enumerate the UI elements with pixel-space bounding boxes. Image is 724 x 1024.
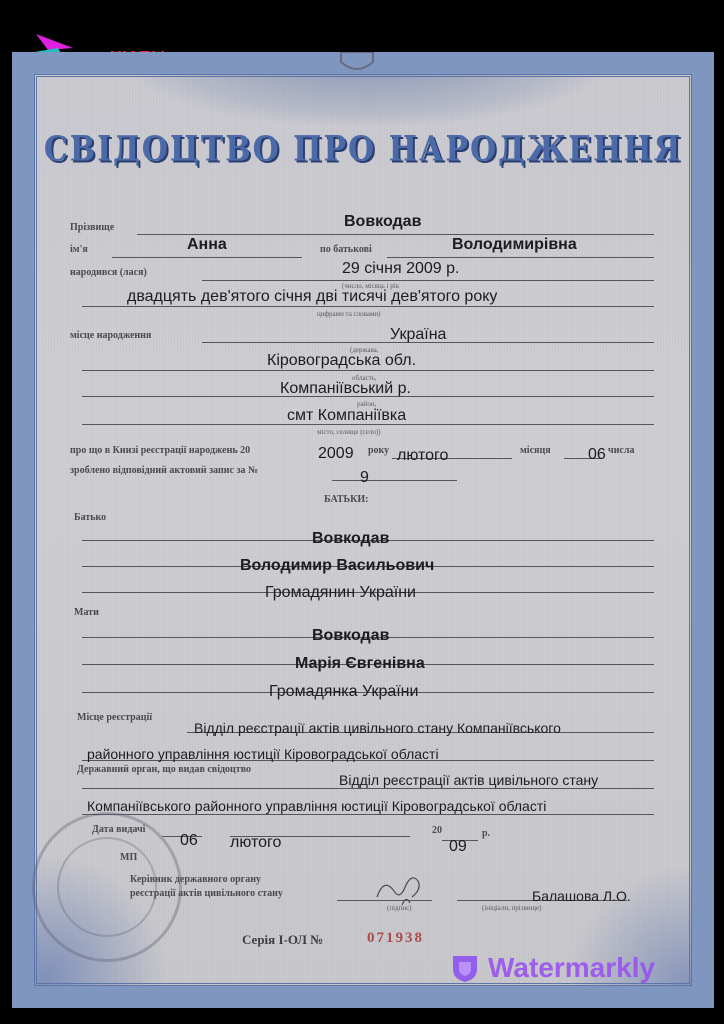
registration-label: про що в Книзі реєстрації народжень 20: [70, 445, 250, 456]
registration-month-label: місяця: [520, 445, 551, 456]
birth-date-words-line: [82, 306, 654, 307]
initials-caption: (ініціали, прізвище): [482, 904, 541, 912]
settlement-value: смт Компаніївка: [287, 407, 406, 425]
mother-name: Марія Євгенівна: [295, 655, 425, 673]
birthplace-label: місце народження: [70, 330, 151, 341]
born-label: народився (лася): [70, 267, 147, 278]
record-label: зроблено відповідний актовий запис за №: [70, 465, 258, 476]
issuer-line1: Відділ реєстрації актів цивільного стану: [339, 772, 598, 788]
head-label-line1: Керівник державного органу: [130, 874, 261, 885]
issue-day: 06: [180, 832, 198, 850]
birth-date-value: 29 січня 2009 р.: [342, 260, 459, 278]
document-title: СВІДОЦТВО ПРО НАРОДЖЕННЯ: [12, 129, 714, 169]
registration-place-line2: районного управління юстиції Кіровоградс…: [87, 746, 439, 762]
issue-year-suffix: р.: [482, 828, 490, 839]
settlement-caption: місто, селище (село)): [317, 428, 381, 436]
mother-citizenship: Громадянка України: [269, 683, 418, 701]
watermark-text: Watermarkly: [488, 952, 655, 984]
record-number: 9: [360, 469, 369, 487]
serial-label: Серія І-ОЛ №: [242, 932, 323, 948]
issue-year: 09: [449, 838, 467, 856]
registration-place-label: Місце реєстрації: [77, 712, 152, 723]
patronymic-label: по батькові: [320, 244, 372, 255]
district-value: Компаніївський р.: [280, 380, 411, 398]
surname-label: Прізвище: [70, 222, 114, 233]
issuer-label: Державний орган, що видав свідоцтво: [77, 764, 251, 775]
name-label: ім'я: [70, 244, 88, 255]
birth-date-words-value: двадцять дев'ятого січня дві тисячі дев'…: [127, 288, 497, 306]
name-line: [112, 257, 302, 258]
signature-caption: (підпис): [387, 904, 412, 912]
head-name: Балашова Л.О.: [532, 888, 631, 904]
issuer-line-1: [82, 788, 654, 789]
region-value: Кіровоградська обл.: [267, 352, 416, 370]
name-value: Анна: [187, 236, 227, 254]
surname-line: [137, 234, 654, 235]
issue-year-prefix: 20: [432, 825, 442, 836]
patronymic-line: [387, 257, 654, 258]
head-label-line2: реєстрації актів цивільного стану: [130, 888, 283, 899]
issuer-line-2: [82, 814, 654, 815]
record-number-line: [332, 480, 457, 481]
birth-certificate: СВІДОЦТВО ПРО НАРОДЖЕННЯ Прізвище Вовкод…: [12, 52, 714, 1008]
surname-value: Вовкодав: [344, 213, 421, 231]
seal-label: МП: [120, 852, 137, 863]
mother-surname: Вовкодав: [312, 627, 389, 645]
parents-heading: БАТЬКИ:: [324, 494, 368, 505]
registration-place-line1: Відділ реєстрації актів цивільного стану…: [194, 720, 561, 736]
mother-label: Мати: [74, 607, 99, 618]
registration-year: 2009: [318, 445, 354, 463]
father-name: Володимир Васильович: [240, 557, 434, 575]
registration-day-label: числа: [608, 445, 634, 456]
serial-number: 071938: [367, 930, 424, 947]
shield-icon: [450, 953, 480, 983]
registration-year-suffix: року: [368, 445, 389, 456]
birth-date-line: [202, 280, 654, 281]
signature-icon: [372, 867, 442, 907]
region-line: [82, 370, 654, 371]
issue-month: лютого: [230, 834, 281, 852]
father-surname: Вовкодав: [312, 530, 389, 548]
registration-month: лютого: [397, 447, 448, 465]
father-citizenship: Громадянин України: [265, 584, 416, 602]
watermark: Watermarkly: [450, 952, 655, 984]
issue-date-label: Дата видачі: [92, 824, 145, 835]
coat-of-arms-icon: [337, 52, 377, 74]
patronymic-value: Володимирівна: [452, 236, 577, 254]
issuer-line2: Компаніївського районного управління юст…: [87, 798, 546, 814]
country-value: Україна: [390, 326, 446, 344]
registration-day: 06: [588, 446, 606, 464]
birth-date-words-caption: цифрами та словами): [317, 310, 381, 318]
father-label: Батько: [74, 512, 106, 523]
